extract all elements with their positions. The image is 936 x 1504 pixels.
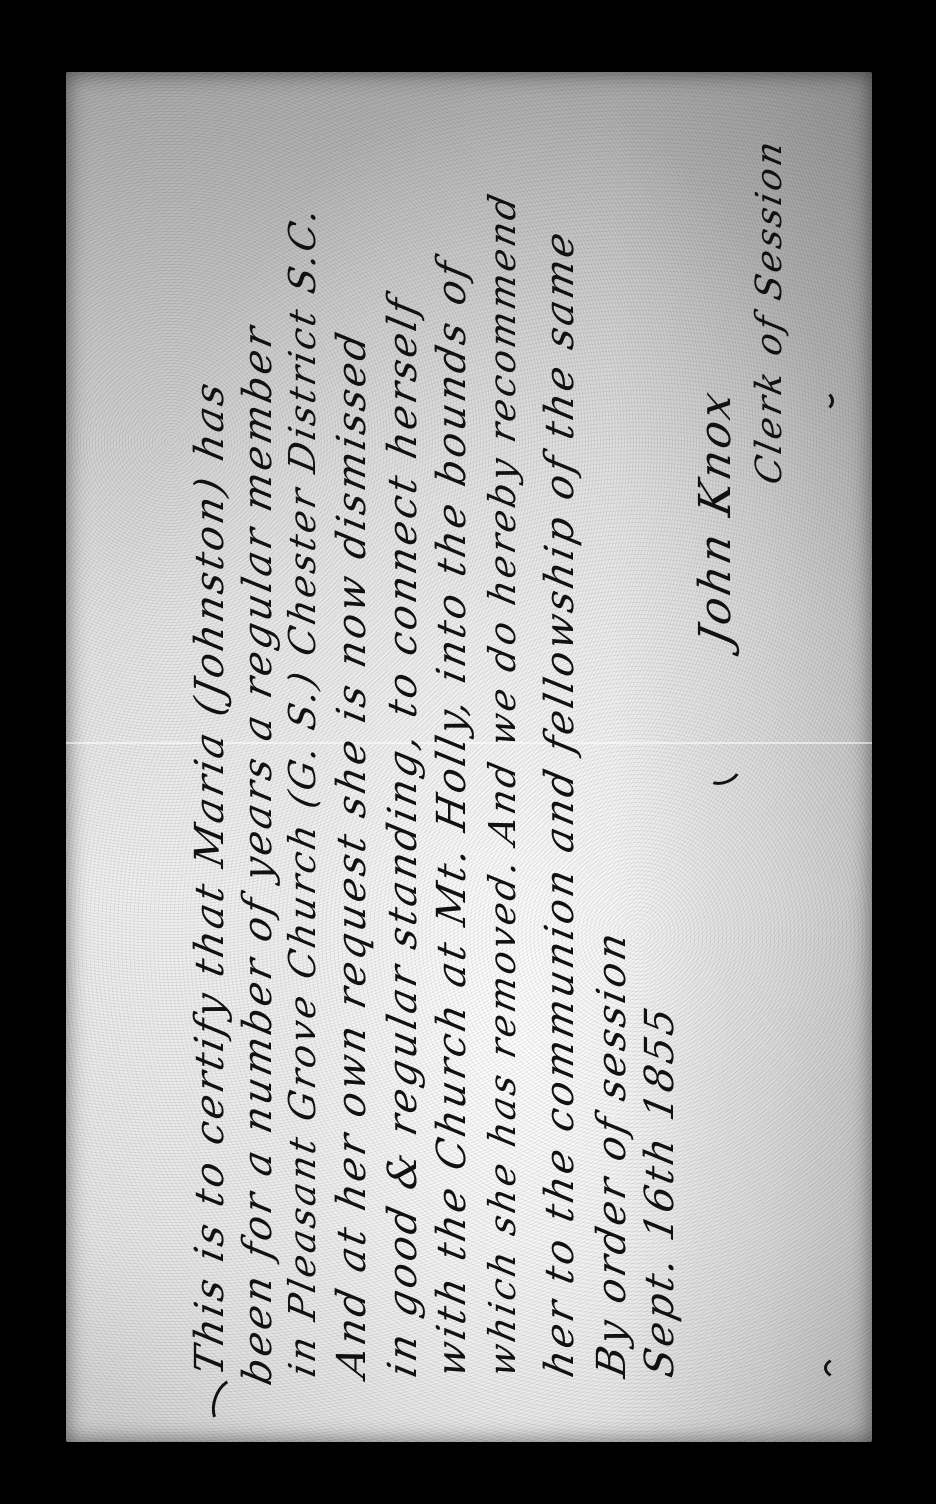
- certificate-line-9-by-order: By order of session: [592, 926, 632, 1380]
- certificate-line-2: been for a number of years a regular mem…: [238, 321, 278, 1389]
- certificate-line-1: This is to certify that Maria (Johnston)…: [190, 377, 230, 1379]
- certificate-line-3: in Pleasant Grove Church (G. S.) Chester…: [284, 202, 321, 1380]
- certificate-line-5: in good & regular standing, to connect h…: [383, 292, 423, 1380]
- certificate-date: Sept. 16th 1855: [640, 1002, 680, 1381]
- signature-title: Clerk of Session: [752, 135, 788, 487]
- certificate-line-4: And at her own request she is now dismis…: [332, 327, 372, 1381]
- certificate-line-6: with the Church at Mt. Holly, into the b…: [432, 255, 472, 1380]
- certificate-line-8: her to the communion and fellowship of t…: [540, 226, 580, 1381]
- certificate-line-7: which she has removed. And we do hereby …: [484, 188, 521, 1379]
- signature-name: John Knox: [694, 386, 738, 650]
- ink-mark-icon: [824, 1354, 880, 1382]
- ink-mark-icon: [808, 390, 834, 412]
